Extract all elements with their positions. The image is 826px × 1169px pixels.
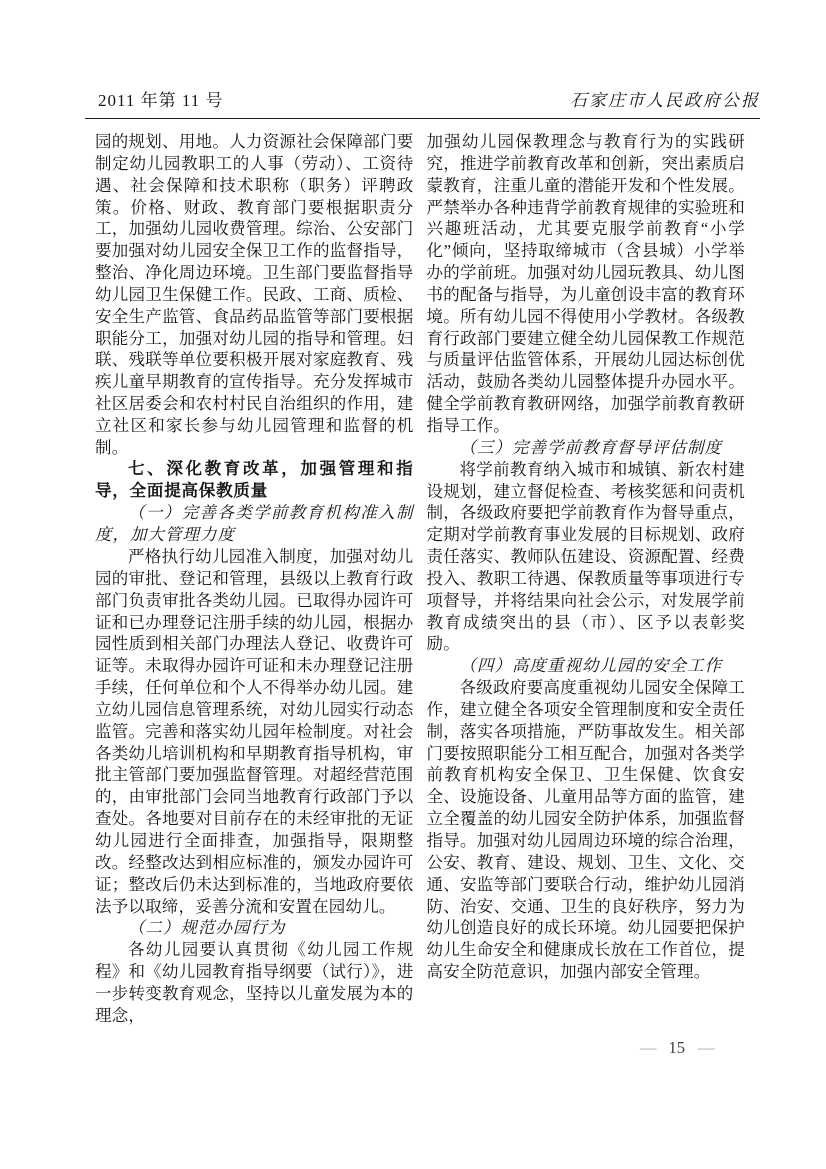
- section-heading: 七、深化教育改革，加强管理和指导，全面提高保教质量: [95, 459, 414, 503]
- left-column: 园的规划、用地。人力资源社会保障部门要制定幼儿园教职工的人事（劳动）、工资待遇、…: [95, 131, 414, 1027]
- subsection-heading: （一）完善各类学前教育机构准入制度，加大管理力度: [95, 502, 414, 546]
- publication-title: 石家庄市人民政府公报: [570, 86, 760, 111]
- body-paragraph: 各幼儿园要认真贯彻《幼儿园工作规程》和《幼儿园教育指导纲要（试行）》，进一步转变…: [95, 939, 414, 1026]
- footer-dash-right: —: [698, 1038, 714, 1058]
- page-number: 15: [669, 1038, 686, 1058]
- right-column: 加强幼儿园保教理念与教育行为的实践研究，推进学前教育改革和创新，突出素质启蒙教育…: [427, 131, 746, 1027]
- subsection-heading: （三）完善学前教育督导评估制度: [427, 437, 746, 459]
- body-paragraph: 严格执行幼儿园准入制度，加强对幼儿园的审批、登记和管理，县级以上教育行政部门负责…: [95, 546, 414, 917]
- issue-number: 2011 年第 11 号: [85, 86, 224, 111]
- body-paragraph: 将学前教育纳入城市和城镇、新农村建设规划，建立督促检查、考核奖惩和问责机制，各级…: [427, 459, 746, 656]
- page-header: 2011 年第 11 号 石家庄市人民政府公报: [85, 86, 760, 119]
- body-paragraph: 园的规划、用地。人力资源社会保障部门要制定幼儿园教职工的人事（劳动）、工资待遇、…: [95, 131, 414, 459]
- document-body: 园的规划、用地。人力资源社会保障部门要制定幼儿园教职工的人事（劳动）、工资待遇、…: [95, 131, 745, 1027]
- body-paragraph: 各级政府要高度重视幼儿园安全保障工作，建立健全各项安全管理制度和安全责任制，落实…: [427, 677, 746, 983]
- subsection-heading: （二）规范办园行为: [95, 917, 414, 939]
- body-paragraph: 加强幼儿园保教理念与教育行为的实践研究，推进学前教育改革和创新，突出素质启蒙教育…: [427, 131, 746, 437]
- subsection-heading: （四）高度重视幼儿园的安全工作: [427, 655, 746, 677]
- bulletin-page: 2011 年第 11 号 石家庄市人民政府公报 园的规划、用地。人力资源社会保障…: [0, 0, 826, 1169]
- page-footer: — 15 —: [640, 1038, 714, 1058]
- footer-dash-left: —: [640, 1038, 656, 1058]
